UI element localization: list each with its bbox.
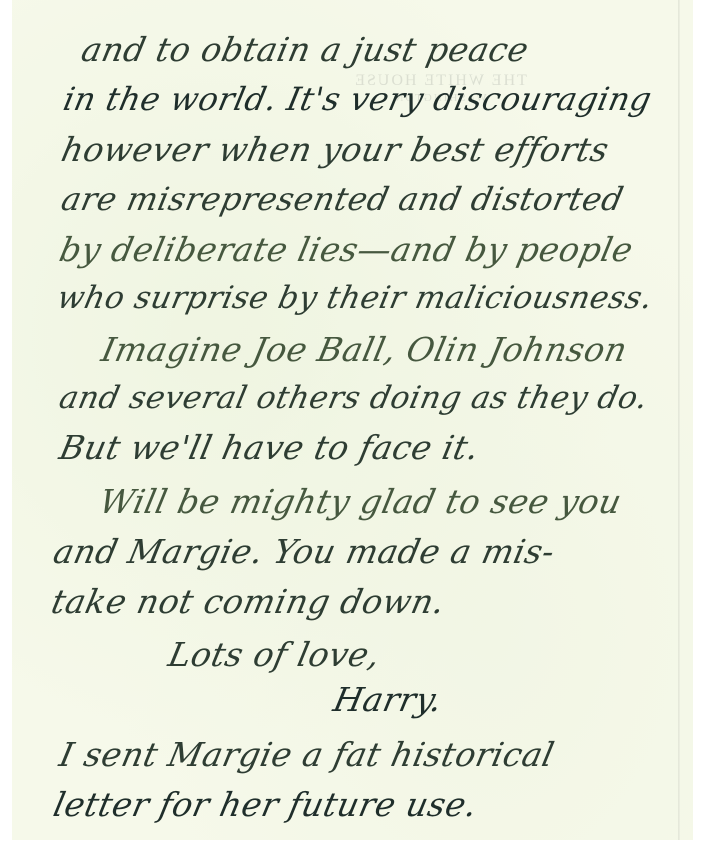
body-line: in the world. It's very discouraging bbox=[60, 80, 655, 118]
body-line: however when your best efforts bbox=[58, 130, 613, 169]
postscript-line: letter for her future use. bbox=[50, 785, 481, 824]
body-line: and Margie. You made a mis- bbox=[50, 532, 558, 571]
body-line: by deliberate lies—and by people bbox=[56, 230, 637, 269]
signature: Harry. bbox=[330, 680, 446, 719]
body-line: Will be mighty glad to see you bbox=[96, 482, 625, 521]
closing-line: Lots of love, bbox=[165, 635, 384, 674]
postscript-line: I sent Margie a fat historical bbox=[56, 735, 558, 774]
body-line: who surprise by their maliciousness. bbox=[54, 280, 656, 316]
body-line: and several others doing as they do. bbox=[56, 380, 651, 416]
letter-body: and to obtain a just peace in the world.… bbox=[0, 0, 705, 851]
body-line: and to obtain a just peace bbox=[78, 30, 532, 69]
body-line: Imagine Joe Ball, Olin Johnson bbox=[98, 330, 631, 369]
body-line: are misrepresented and distorted bbox=[58, 180, 627, 218]
body-line: But we'll have to face it. bbox=[56, 428, 483, 467]
scanned-letter-page: THE WHITE HOUSE WASHINGTON and to obtain… bbox=[0, 0, 705, 851]
body-line: take not coming down. bbox=[48, 582, 449, 621]
